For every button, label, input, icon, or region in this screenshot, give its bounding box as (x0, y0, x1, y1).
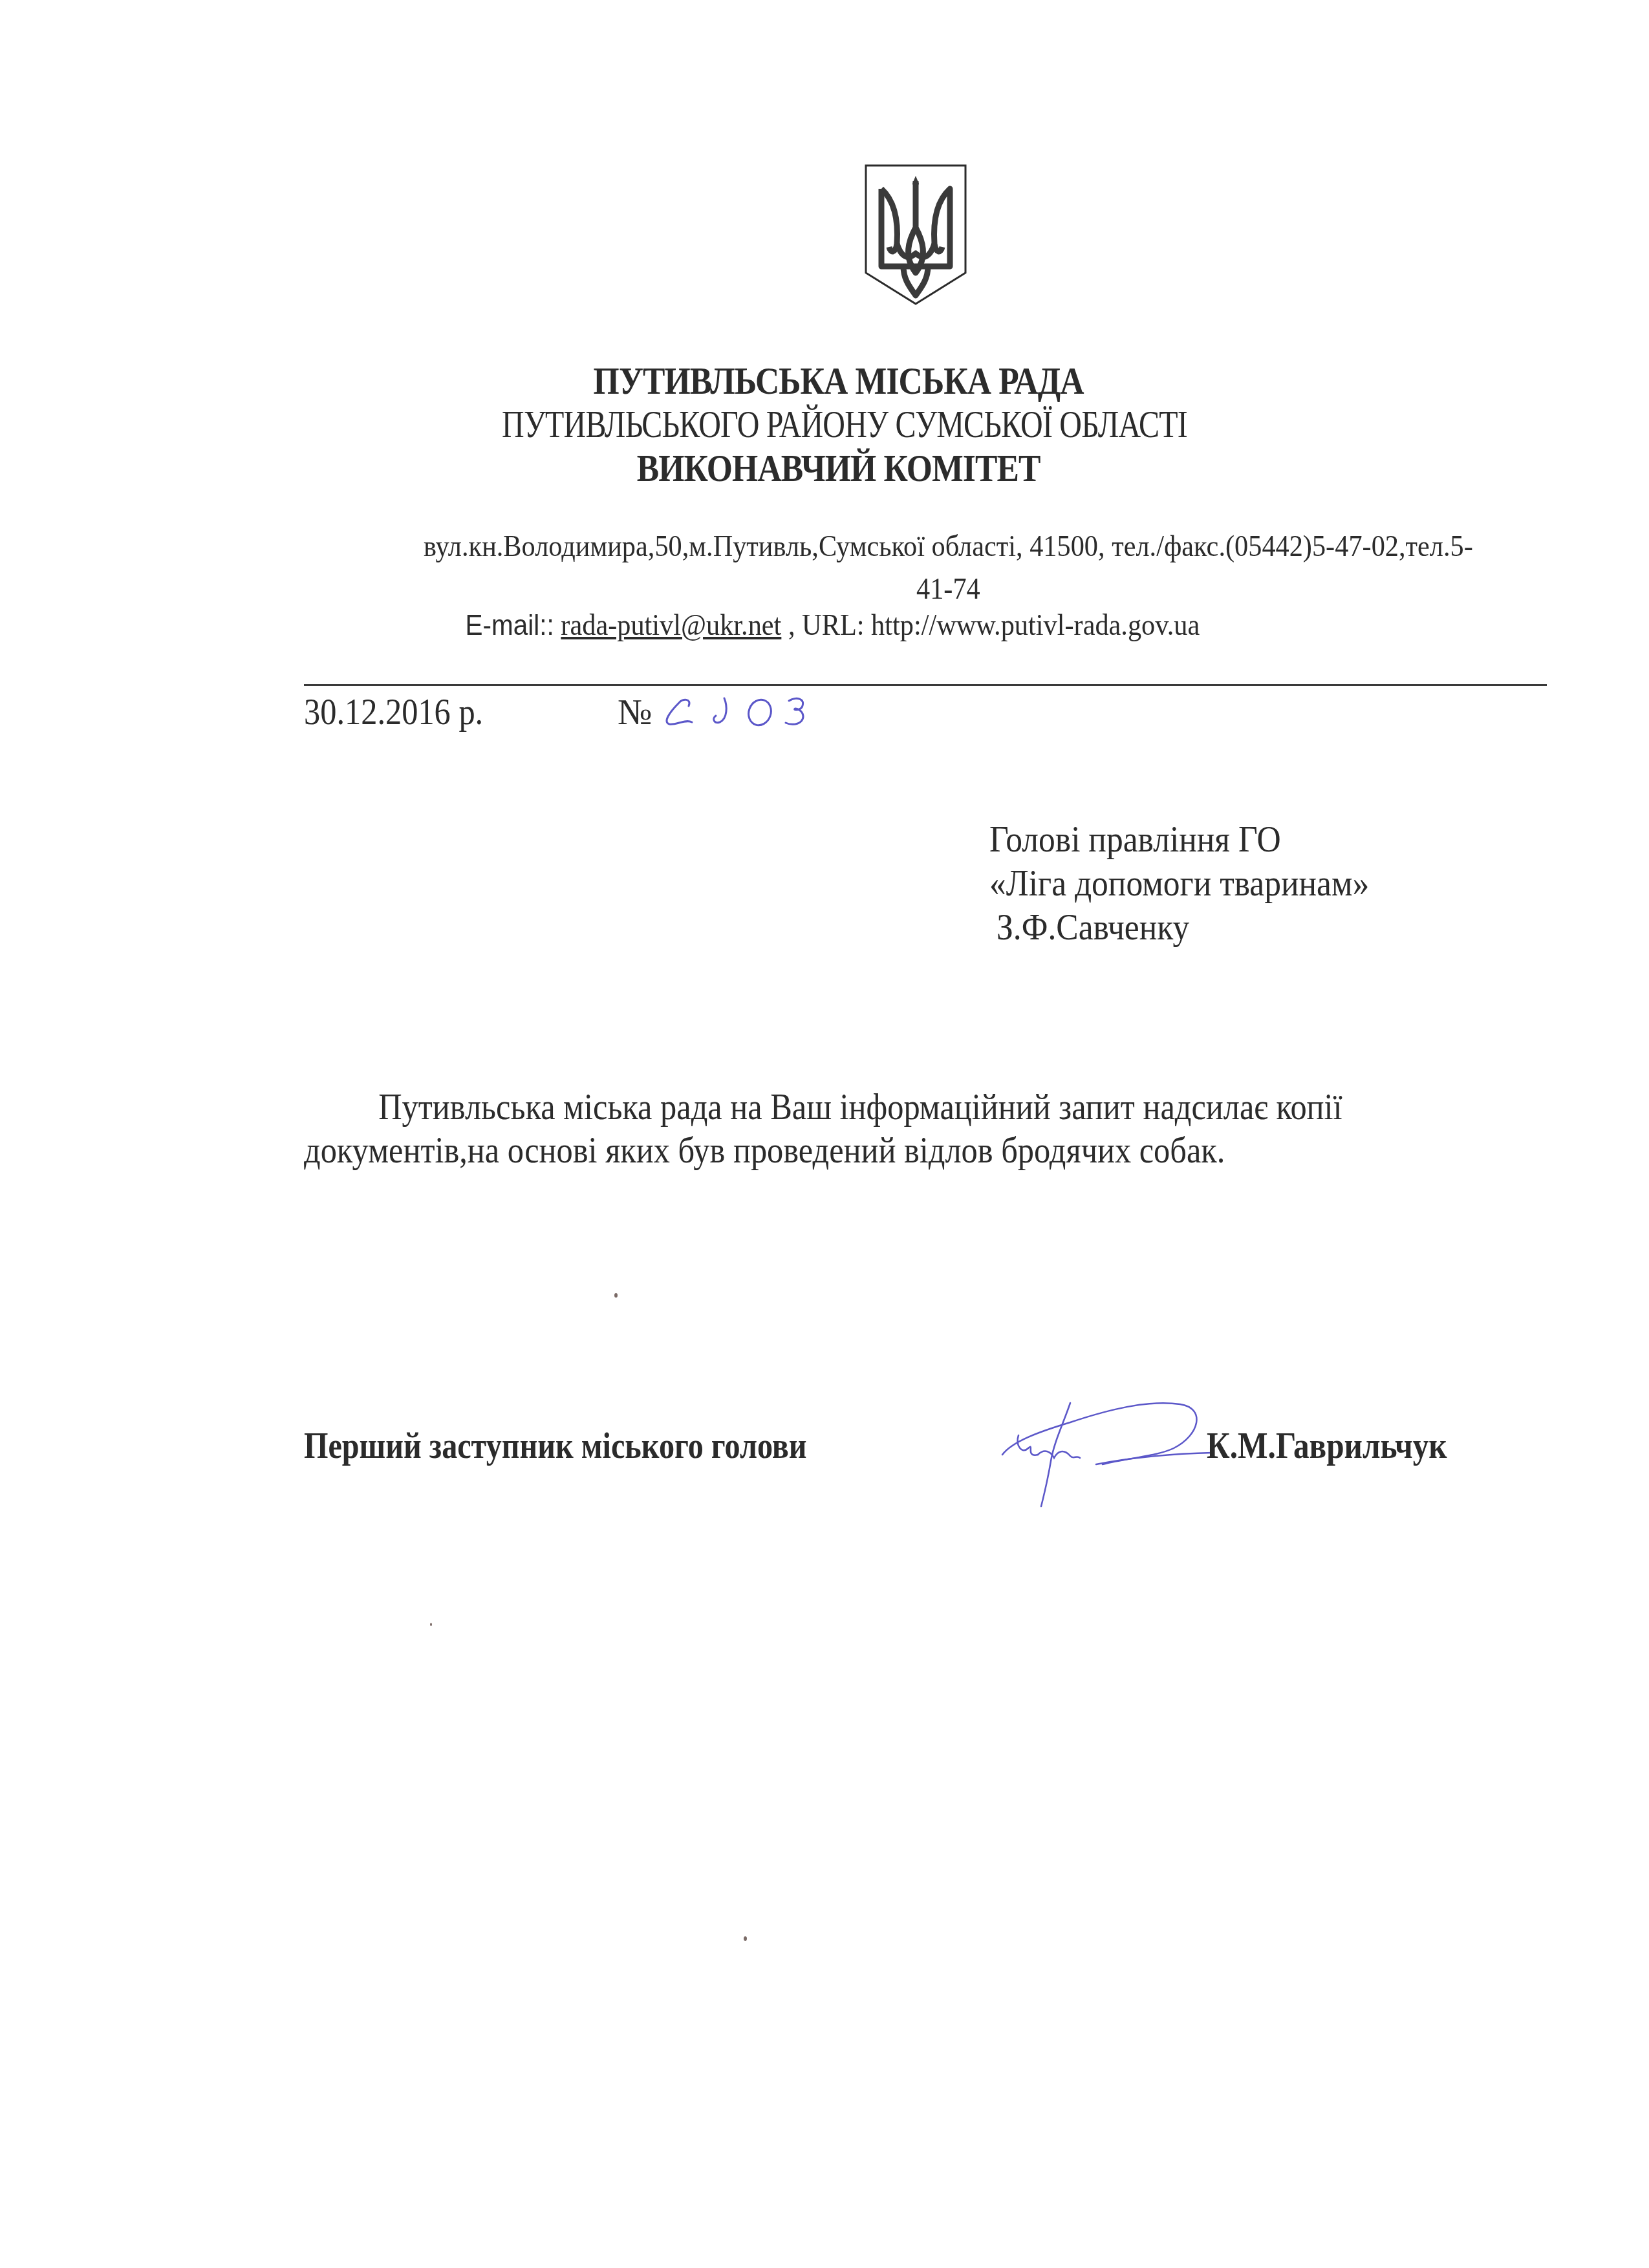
url-text[interactable]: , URL: http://www.putivl-rada.gov.ua (788, 608, 1200, 641)
scan-speck (430, 1623, 432, 1626)
number-sign: № (618, 692, 652, 733)
letter-body: Путивльська міська рада на Ваш інформаці… (304, 1086, 1520, 1173)
handwritten-reference-number (663, 693, 812, 732)
address-block: вул.кн.Володимира,50,м.Путивль,Сумської … (368, 525, 1528, 610)
header-divider (304, 684, 1547, 686)
scan-speck (744, 1936, 747, 1941)
coat-of-arms-icon (863, 163, 968, 306)
email-label: E-mail:: (466, 610, 554, 641)
recipient-name: З.Ф.Савченку (989, 906, 1369, 950)
recipient-line-2: «Ліга допомоги тваринам» (989, 862, 1369, 906)
address-line-2: 41-74 (368, 568, 1528, 610)
email-link[interactable]: rada-putivl@ukr.net (561, 608, 781, 641)
recipient-block: Голові правління ГО «Ліга допомоги твари… (989, 818, 1369, 950)
recipient-line-1: Голові правління ГО (989, 818, 1369, 862)
body-line-1: Путивльська міська рада на Ваш інформаці… (304, 1086, 1520, 1129)
address-line-1: вул.кн.Володимира,50,м.Путивль,Сумської … (368, 525, 1528, 568)
body-line-2: документів,на основі яких був проведений… (304, 1129, 1520, 1173)
org-body: ВИКОНАВЧИЙ КОМІТЕТ (129, 446, 1547, 491)
contacts-line: E-mail:: rada-putivl@ukr.net , URL: http… (74, 608, 1591, 642)
signature-icon (999, 1396, 1212, 1513)
signatory-name: К.М.Гаврильчук (1207, 1426, 1447, 1467)
signatory-title: Перший заступник міського голови (304, 1426, 807, 1467)
scan-speck (614, 1293, 618, 1298)
letter-date: 30.12.2016 р. (304, 692, 483, 733)
org-name: ПУТИВЛЬСЬКА МІСЬКА РАДА (129, 359, 1547, 403)
org-region: ПУТИВЛЬСЬКОГО РАЙОНУ СУМСЬКОЇ ОБЛАСТІ (185, 402, 1504, 447)
